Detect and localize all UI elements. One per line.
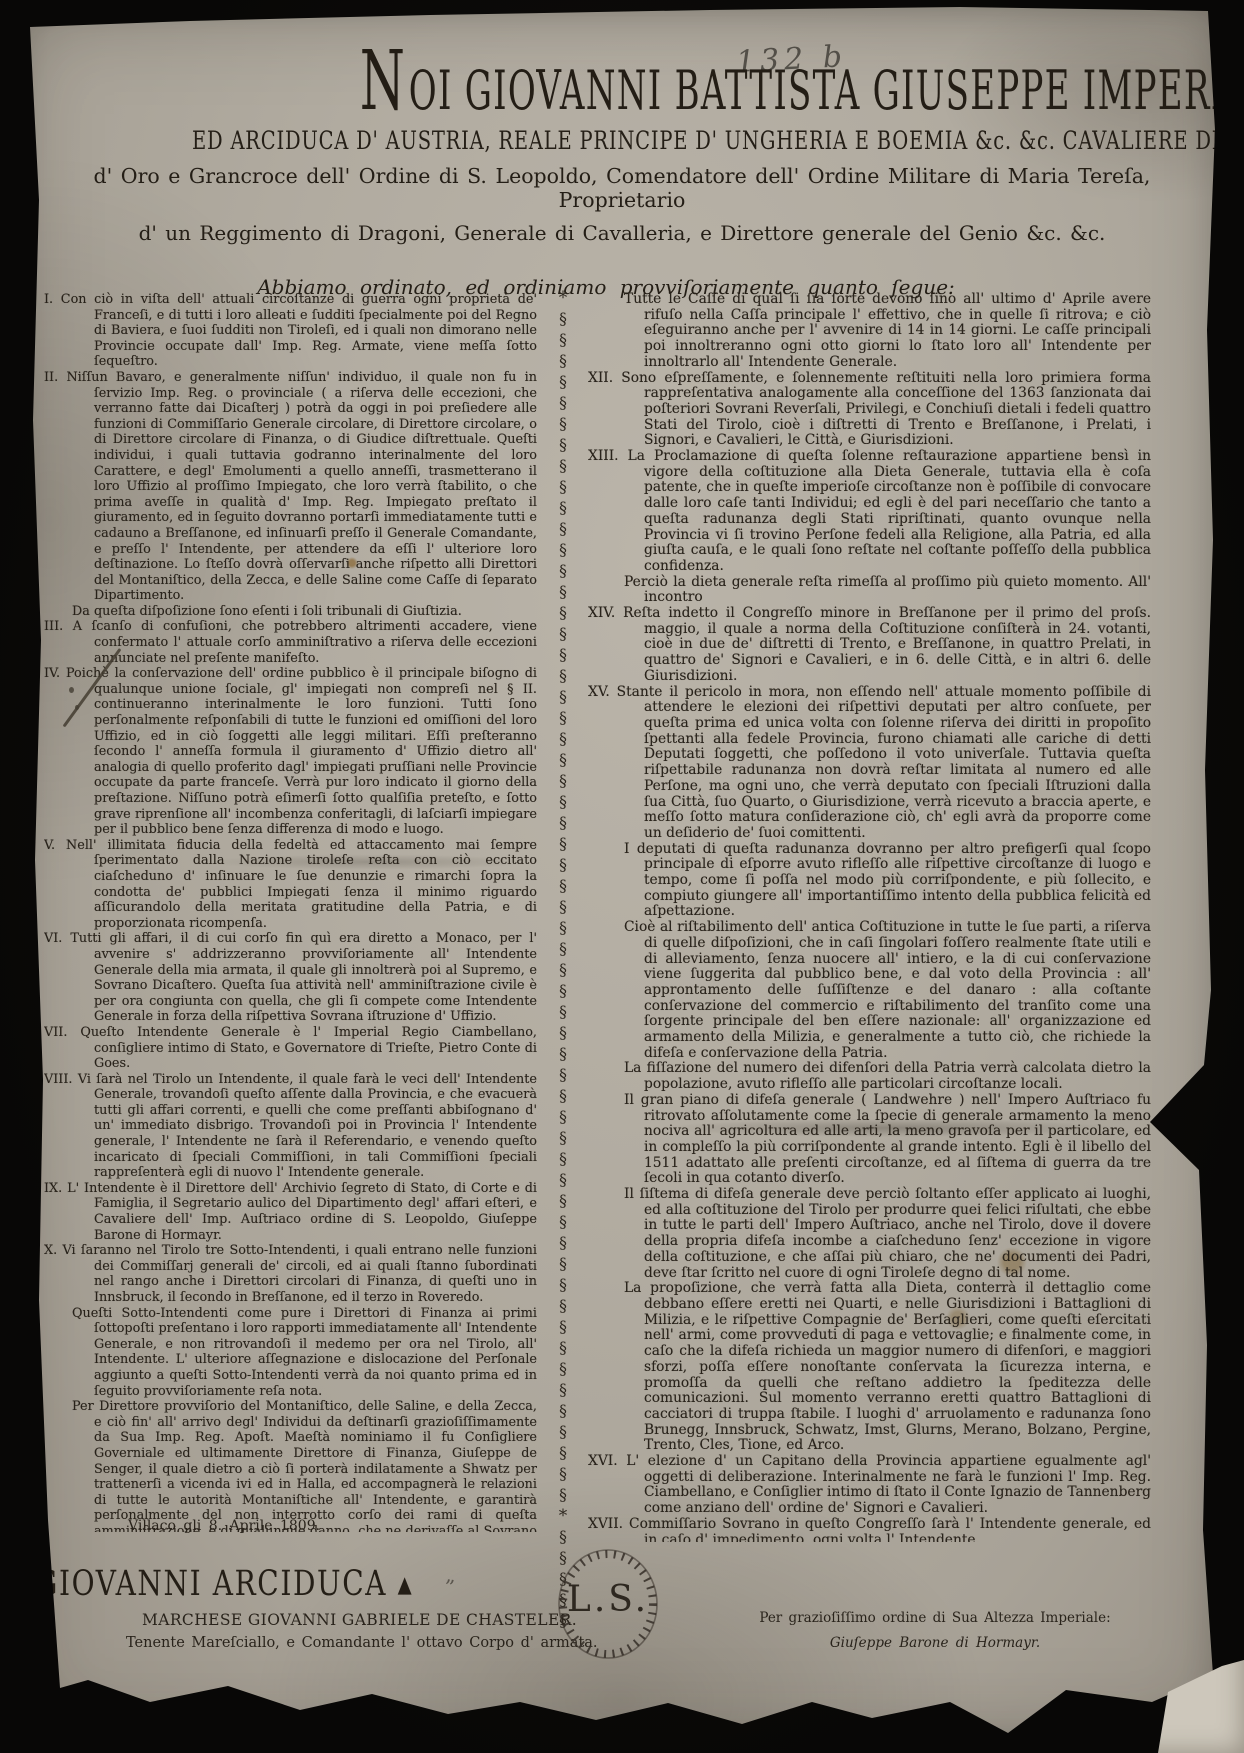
divider-section-sign: § bbox=[542, 1233, 584, 1254]
divider-section-sign: § bbox=[542, 561, 584, 582]
divider-section-sign: § bbox=[542, 981, 584, 1002]
divider-section-sign: § bbox=[542, 1044, 584, 1065]
divider-section-sign: § bbox=[542, 1002, 584, 1023]
paragraph-XIII: XIII. La Proclamazione di queſta ſolenne… bbox=[588, 449, 1151, 575]
divider-section-sign: § bbox=[542, 834, 584, 855]
paragraph-numeral: I. bbox=[44, 292, 61, 307]
divider-section-sign: § bbox=[542, 666, 584, 687]
divider-section-sign: § bbox=[542, 1254, 584, 1275]
paragraph-XII: XII. Sono eſpreſſamente, e ſolennemente … bbox=[588, 371, 1151, 450]
order-line-1: Per grazioſiſſimo ordine di Sua Altezza … bbox=[740, 1610, 1130, 1626]
signature-archduke: GIOVANNI ARCIDUCA ▴ bbox=[35, 1564, 508, 1604]
divider-section-sign: § bbox=[542, 1527, 584, 1548]
divider-section-sign: § bbox=[542, 813, 584, 834]
title-line-4: d' un Reggimento di Dragoni, Generale di… bbox=[32, 221, 1212, 245]
divider-section-sign: § bbox=[542, 1065, 584, 1086]
paragraph-III: III. A ſcanſo di confuſioni, che potrebb… bbox=[44, 619, 537, 666]
seal: L.S. bbox=[556, 1549, 660, 1659]
divider-asterisk: * bbox=[542, 1506, 584, 1527]
divider-section-sign: § bbox=[542, 1107, 584, 1128]
divider-section-sign: § bbox=[542, 1086, 584, 1107]
divider-section-sign: § bbox=[542, 1023, 584, 1044]
paragraph-numeral: XIII. bbox=[588, 448, 628, 464]
divider-section-sign: § bbox=[542, 393, 584, 414]
paragraph-XIV: XIV. Reſta indetto il Congreſſo minore i… bbox=[588, 606, 1151, 685]
divider-section-sign: § bbox=[542, 960, 584, 981]
paragraph-XV: XV. Stante il pericolo in mora, non eſſe… bbox=[588, 685, 1151, 842]
paragraph-sub: Il gran piano di difeſa generale ( Landw… bbox=[588, 1093, 1151, 1187]
divider-section-sign: § bbox=[542, 1128, 584, 1149]
paragraph-I: I. Con ciò in viſta dell' attuali circoſ… bbox=[44, 292, 537, 370]
paragraph-numeral: XII. bbox=[588, 370, 621, 386]
paragraph-II: II. Niſſun Bavaro, e generalmente niſſun… bbox=[44, 370, 537, 604]
column-left: I. Con ciò in viſta dell' attuali circoſ… bbox=[44, 292, 537, 1532]
document-header: NOI GIOVANNI BATTISTA GIUSEPPE IMPERIAL … bbox=[32, 60, 1212, 299]
order-block: Per grazioſiſſimo ordine di Sua Altezza … bbox=[740, 1610, 1130, 1651]
paragraph-numeral: III. bbox=[44, 619, 73, 634]
divider-section-sign: § bbox=[542, 1401, 584, 1422]
divider-section-sign: § bbox=[542, 1464, 584, 1485]
divider-section-sign: § bbox=[542, 1338, 584, 1359]
divider-section-sign: § bbox=[542, 645, 584, 666]
divider-section-sign: § bbox=[542, 708, 584, 729]
paragraph-V: V. Nell' illimitata fiducia della fedelt… bbox=[44, 838, 537, 932]
column-right: Tutte le Caſſe di qual ſi ſia ſorte devo… bbox=[588, 292, 1151, 1542]
photo-background: 132 b NOI GIOVANNI BATTISTA GIUSEPPE IMP… bbox=[0, 0, 1244, 1753]
divider-asterisk: * bbox=[542, 288, 584, 309]
divider-section-sign: § bbox=[542, 1149, 584, 1170]
paragraph-IV: IV. Poichè la conſervazione dell' ordine… bbox=[44, 666, 537, 838]
paragraph-sub: Tutte le Caſſe di qual ſi ſia ſorte devo… bbox=[588, 292, 1151, 371]
paragraph-numeral: II. bbox=[44, 370, 66, 385]
divider-section-sign: § bbox=[542, 603, 584, 624]
divider-section-sign: § bbox=[542, 939, 584, 960]
paragraph-sub: Perciò la dieta generale reſta rimeſſa a… bbox=[588, 575, 1151, 606]
divider-section-sign: § bbox=[542, 1380, 584, 1401]
divider-section-sign: § bbox=[542, 624, 584, 645]
divider-section-sign: § bbox=[542, 351, 584, 372]
divider-section-sign: § bbox=[542, 1359, 584, 1380]
dateline: Villaco gli 8. Aprile 1809. bbox=[128, 1518, 320, 1534]
paragraph-IX: IX. L' Intendente è il Direttore dell' A… bbox=[44, 1181, 537, 1243]
paragraph-VII: VII. Queſto Intendente Generale è l' Imp… bbox=[44, 1025, 537, 1072]
divider-section-sign: § bbox=[542, 477, 584, 498]
paragraph-VIII: VIII. Vi ſarà nel Tirolo un Intendente, … bbox=[44, 1072, 537, 1181]
handwritten-dot bbox=[69, 687, 74, 693]
divider-section-sign: § bbox=[542, 1485, 584, 1506]
order-line-2: Giuſeppe Barone di Hormayr. bbox=[740, 1635, 1130, 1651]
paragraph-numeral: IV. bbox=[44, 666, 66, 681]
paragraph-sub: I deputati di queſta radunanza dovranno … bbox=[588, 842, 1151, 921]
divider-section-sign: § bbox=[542, 1212, 584, 1233]
divider-section-sign: § bbox=[542, 1296, 584, 1317]
divider-section-sign: § bbox=[542, 729, 584, 750]
paragraph-sub: La fiſſazione del numero dei difenſori d… bbox=[588, 1061, 1151, 1092]
paragraph-sub: Queſti Sotto-Intendenti come pure i Dire… bbox=[44, 1306, 537, 1400]
divider-section-sign: § bbox=[542, 519, 584, 540]
paragraph-numeral: VIII. bbox=[44, 1072, 78, 1087]
divider-section-sign: § bbox=[542, 540, 584, 561]
paragraph-numeral: XV. bbox=[588, 684, 617, 700]
paragraph-numeral: XVI. bbox=[588, 1453, 626, 1469]
divider-section-sign: § bbox=[542, 372, 584, 393]
divider-section-sign: § bbox=[542, 687, 584, 708]
paragraph-X: X. Vi ſaranno nel Tirolo tre Sotto-Inten… bbox=[44, 1243, 537, 1305]
paragraph-sub: Il ſiſtema di difeſa generale deve perci… bbox=[588, 1187, 1151, 1281]
divider-section-sign: § bbox=[542, 792, 584, 813]
divider-section-sign: § bbox=[542, 582, 584, 603]
paragraph-numeral: V. bbox=[44, 838, 66, 853]
title-line-2: ED ARCIDUCA D' AUSTRIA, REALE PRINCIPE D… bbox=[32, 126, 1212, 155]
divider-section-sign: § bbox=[542, 498, 584, 519]
divider-section-sign: § bbox=[542, 876, 584, 897]
paragraph-VI: VI. Tutti gli affari, il di cui corſo fi… bbox=[44, 931, 537, 1025]
title-line-1: OI GIOVANNI BATTISTA GIUSEPPE IMPERIAL P… bbox=[409, 59, 1244, 122]
divider-section-sign: § bbox=[542, 456, 584, 477]
paragraph-sub: La propoſizione, che verrà fatta alla Di… bbox=[588, 1281, 1151, 1454]
paragraph-numeral: XIV. bbox=[588, 605, 623, 621]
paragraph-sub: Per Direttore provviſorio del Montaniſti… bbox=[44, 1399, 537, 1532]
divider-section-sign: § bbox=[542, 1443, 584, 1464]
divider-section-sign: § bbox=[542, 435, 584, 456]
page-title: NOI GIOVANNI BATTISTA GIUSEPPE IMPERIAL … bbox=[32, 60, 1212, 122]
divider-section-sign: § bbox=[542, 330, 584, 351]
divider-section-sign: § bbox=[542, 897, 584, 918]
divider-section-sign: § bbox=[542, 1275, 584, 1296]
divider-section-sign: § bbox=[542, 1170, 584, 1191]
divider-section-sign: § bbox=[542, 1317, 584, 1338]
title-line-3: d' Oro e Grancroce dell' Ordine di S. Le… bbox=[32, 164, 1212, 212]
divider-section-sign: § bbox=[542, 918, 584, 939]
paragraph-numeral: XVII. bbox=[588, 1516, 629, 1532]
paragraph-sub: Da queſta diſpoſizione ſono eſenti i ſol… bbox=[44, 604, 537, 620]
divider-section-sign: § bbox=[542, 1422, 584, 1443]
handwritten-dot bbox=[75, 705, 79, 710]
divider-section-sign: § bbox=[542, 771, 584, 792]
drop-cap-initial: N bbox=[360, 34, 409, 129]
divider-section-sign: § bbox=[542, 750, 584, 771]
paragraph-numeral: VI. bbox=[44, 931, 70, 946]
divider-section-sign: § bbox=[542, 855, 584, 876]
signature-rank-line: Tenente Mareſciallo, e Comandante l' ott… bbox=[126, 1635, 598, 1651]
paragraph-numeral: X. bbox=[44, 1243, 63, 1258]
divider-section-sign: § bbox=[542, 309, 584, 330]
section-mark-divider: *§§§§§§§§§§§§§§§§§§§§§§§§§§§§§§§§§§§§§§§… bbox=[542, 288, 584, 1632]
divider-section-sign: § bbox=[542, 414, 584, 435]
paragraph-sub: Cioè al riſtabilimento dell' antica Coſt… bbox=[588, 920, 1151, 1061]
seal-text: L.S. bbox=[556, 1579, 660, 1620]
document-paper: 132 b NOI GIOVANNI BATTISTA GIUSEPPE IMP… bbox=[0, 0, 1244, 1753]
signature-chasteler: MARCHESE GIOVANNI GABRIELE DE CHASTELER. bbox=[142, 1611, 577, 1629]
divider-section-sign: § bbox=[542, 1191, 584, 1212]
paragraph-XVII: XVII. Commiſſario Sovrano in queſto Cong… bbox=[588, 1517, 1151, 1542]
paragraph-numeral: VII. bbox=[44, 1025, 80, 1040]
paragraph-XVI: XVI. L' elezione d' un Capitano della Pr… bbox=[588, 1454, 1151, 1517]
paragraph-numeral: IX. bbox=[44, 1181, 67, 1196]
